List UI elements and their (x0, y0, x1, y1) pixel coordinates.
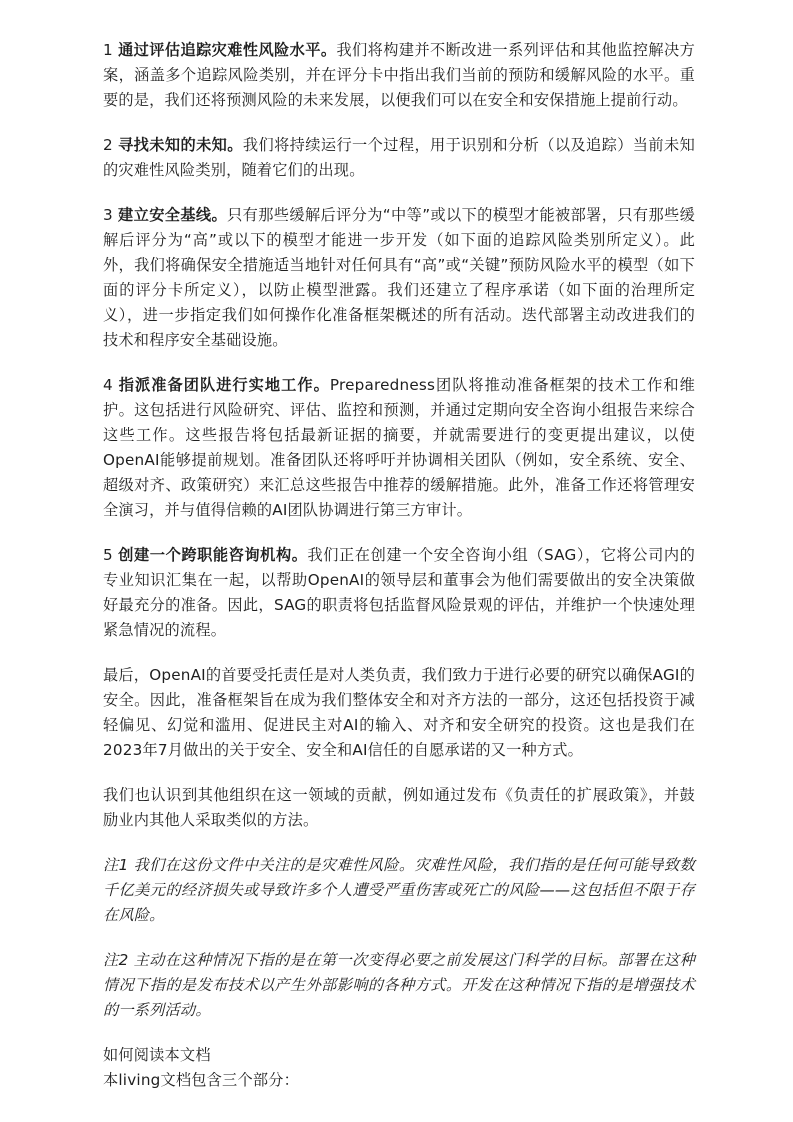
item-number: 1 (103, 41, 113, 59)
item-lead: 通过评估追踪灾难性风险水平。 (118, 41, 337, 59)
item-number: 5 (103, 546, 113, 564)
footnote-label: 注2 (103, 951, 128, 969)
item-lead: 创建一个跨职能咨询机构。 (118, 546, 308, 564)
item-number: 3 (103, 206, 113, 224)
list-item-3: 3建立安全基线。只有那些缓解后评分为“中等”或以下的模型才能被部署，只有那些缓解… (103, 203, 695, 353)
item-number: 2 (103, 136, 113, 154)
item-body: Preparedness团队将推动准备框架的技术工作和维护。这包括进行风险研究、… (103, 376, 695, 519)
item-lead: 建立安全基线。 (118, 206, 227, 224)
footnote-1: 注1我们在这份文件中关注的是灾难性风险。灾难性风险，我们指的是任何可能导致数千亿… (103, 853, 695, 928)
list-item-4: 4指派准备团队进行实地工作。Preparedness团队将推动准备框架的技术工作… (103, 373, 695, 523)
list-item-2: 2寻找未知的未知。我们将持续运行一个过程，用于识别和分析（以及追踪）当前未知的灾… (103, 133, 695, 183)
footnote-label: 注1 (103, 856, 128, 874)
acknowledgement-paragraph: 我们也认识到其他组织在这一领域的贡献，例如通过发布《负责任的扩展政策》，并鼓励业… (103, 783, 695, 833)
section-intro: 本living文档包含三个部分： (103, 1068, 695, 1093)
document-page: 1通过评估追踪灾难性风险水平。我们将构建并不断改进一系列评估和其他监控解决方案，… (103, 38, 695, 1093)
list-item-5: 5创建一个跨职能咨询机构。我们正在创建一个安全咨询小组（SAG），它将公司内的专… (103, 543, 695, 643)
item-lead: 寻找未知的未知。 (118, 136, 243, 154)
section-heading: 如何阅读本文档 (103, 1043, 695, 1068)
footnote-2: 注2主动在这种情况下指的是在第一次变得必要之前发展这门科学的目标。部署在这种情况… (103, 948, 695, 1023)
item-body: 只有那些缓解后评分为“中等”或以下的模型才能被部署，只有那些缓解后评分为“高”或… (103, 206, 695, 349)
list-item-1: 1通过评估追踪灾难性风险水平。我们将构建并不断改进一系列评估和其他监控解决方案，… (103, 38, 695, 113)
closing-paragraph: 最后，OpenAI的首要受托责任是对人类负责，我们致力于进行必要的研究以确保AG… (103, 663, 695, 763)
footnote-text: 我们在这份文件中关注的是灾难性风险。灾难性风险，我们指的是任何可能导致数千亿美元… (103, 856, 695, 924)
item-number: 4 (103, 376, 113, 394)
item-lead: 指派准备团队进行实地工作。 (118, 376, 330, 394)
footnote-text: 主动在这种情况下指的是在第一次变得必要之前发展这门科学的目标。部署在这种情况下指… (103, 951, 695, 1019)
